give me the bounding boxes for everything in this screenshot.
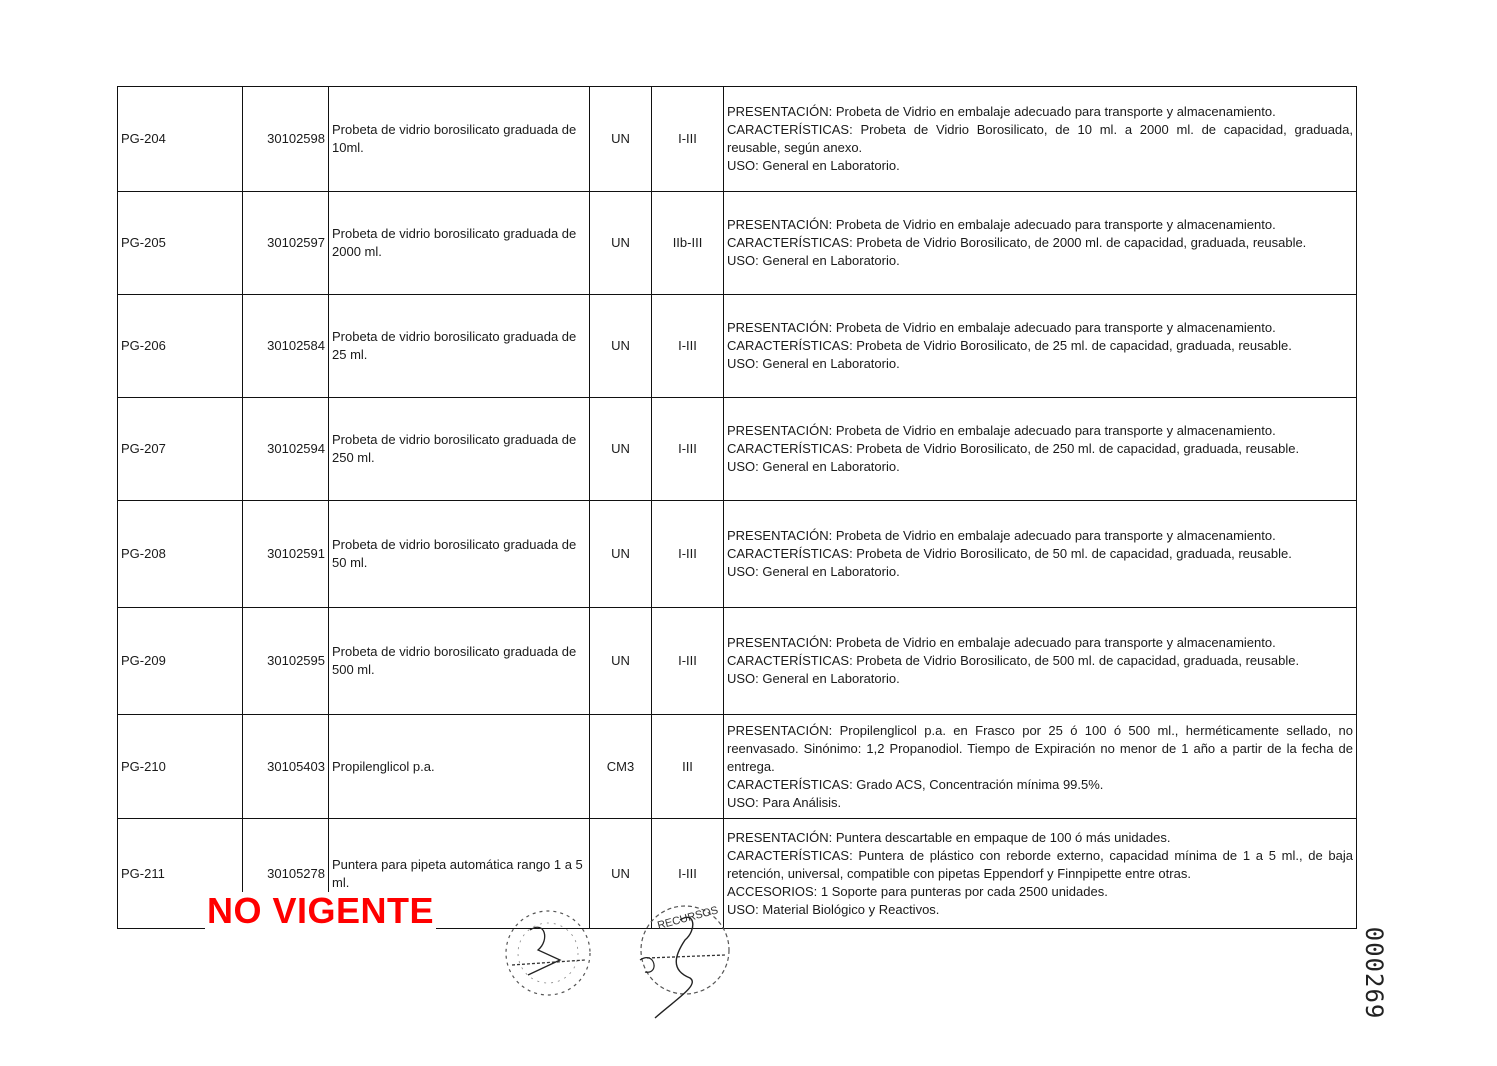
specification-line: USO: General en Laboratorio. bbox=[727, 252, 1353, 270]
specification-line: USO: General en Laboratorio. bbox=[727, 355, 1353, 373]
no-vigente-stamp: NO VIGENTE bbox=[205, 892, 436, 930]
specification-cell: PRESENTACIÓN: Probeta de Vidrio en embal… bbox=[724, 295, 1357, 398]
description-cell: Probeta de vidrio borosilicato graduada … bbox=[329, 398, 590, 501]
level-cell: I-III bbox=[652, 87, 724, 192]
table-row: PG-20830102591Probeta de vidrio borosili… bbox=[118, 501, 1357, 608]
item-number-cell: 30102595 bbox=[243, 608, 329, 715]
code-cell: PG-207 bbox=[118, 398, 243, 501]
specification-line: CARACTERÍSTICAS: Probeta de Vidrio Boros… bbox=[727, 121, 1353, 157]
table-row: PG-20430102598Probeta de vidrio borosili… bbox=[118, 87, 1357, 192]
folio-number: 000269 bbox=[1352, 918, 1396, 1028]
unit-cell: UN bbox=[590, 501, 652, 608]
specification-line: PRESENTACIÓN: Probeta de Vidrio en embal… bbox=[727, 422, 1353, 440]
code-cell: PG-206 bbox=[118, 295, 243, 398]
specification-line: PRESENTACIÓN: Probeta de Vidrio en embal… bbox=[727, 103, 1353, 121]
specification-line: PRESENTACIÓN: Probeta de Vidrio en embal… bbox=[727, 216, 1353, 234]
specification-line: ACCESORIOS: 1 Soporte para punteras por … bbox=[727, 883, 1353, 901]
specification-line: CARACTERÍSTICAS: Probeta de Vidrio Boros… bbox=[727, 234, 1353, 252]
specification-line: CARACTERÍSTICAS: Probeta de Vidrio Boros… bbox=[727, 545, 1353, 563]
description-cell: Propilenglicol p.a. bbox=[329, 715, 590, 819]
specification-line: PRESENTACIÓN: Probeta de Vidrio en embal… bbox=[727, 527, 1353, 545]
official-seal-icon bbox=[500, 905, 600, 1000]
table-row: PG-20730102594Probeta de vidrio borosili… bbox=[118, 398, 1357, 501]
unit-cell: UN bbox=[590, 608, 652, 715]
specification-line: CARACTERÍSTICAS: Probeta de Vidrio Boros… bbox=[727, 337, 1353, 355]
catalog-table: PG-20430102598Probeta de vidrio borosili… bbox=[117, 86, 1357, 929]
folio-number-text: 000269 bbox=[1360, 927, 1388, 1020]
specification-cell: PRESENTACIÓN: Puntera descartable en emp… bbox=[724, 819, 1357, 929]
specification-line: CARACTERÍSTICAS: Probeta de Vidrio Boros… bbox=[727, 440, 1353, 458]
level-cell: IIb-III bbox=[652, 192, 724, 295]
level-cell: III bbox=[652, 715, 724, 819]
specification-line: USO: General en Laboratorio. bbox=[727, 670, 1353, 688]
description-cell: Probeta de vidrio borosilicato graduada … bbox=[329, 295, 590, 398]
description-cell: Probeta de vidrio borosilicato graduada … bbox=[329, 192, 590, 295]
specification-line: USO: Material Biológico y Reactivos. bbox=[727, 901, 1353, 919]
recursos-seal-icon: RECURSOS bbox=[635, 900, 740, 1020]
specification-cell: PRESENTACIÓN: Probeta de Vidrio en embal… bbox=[724, 192, 1357, 295]
specification-cell: PRESENTACIÓN: Probeta de Vidrio en embal… bbox=[724, 87, 1357, 192]
specification-cell: PRESENTACIÓN: Probeta de Vidrio en embal… bbox=[724, 608, 1357, 715]
description-cell: Probeta de vidrio borosilicato graduada … bbox=[329, 608, 590, 715]
description-cell: Probeta de vidrio borosilicato graduada … bbox=[329, 501, 590, 608]
item-number-cell: 30102594 bbox=[243, 398, 329, 501]
specification-cell: PRESENTACIÓN: Probeta de Vidrio en embal… bbox=[724, 398, 1357, 501]
item-number-cell: 30102598 bbox=[243, 87, 329, 192]
svg-text:RECURSOS: RECURSOS bbox=[656, 904, 719, 932]
level-cell: I-III bbox=[652, 501, 724, 608]
description-cell: Probeta de vidrio borosilicato graduada … bbox=[329, 87, 590, 192]
specification-line: CARACTERÍSTICAS: Puntera de plástico con… bbox=[727, 847, 1353, 883]
specification-line: PRESENTACIÓN: Propilenglicol p.a. en Fra… bbox=[727, 722, 1353, 776]
specification-line: USO: General en Laboratorio. bbox=[727, 563, 1353, 581]
specification-line: PRESENTACIÓN: Puntera descartable en emp… bbox=[727, 829, 1353, 847]
specification-line: PRESENTACIÓN: Probeta de Vidrio en embal… bbox=[727, 319, 1353, 337]
specification-cell: PRESENTACIÓN: Probeta de Vidrio en embal… bbox=[724, 501, 1357, 608]
table-row: PG-20530102597Probeta de vidrio borosili… bbox=[118, 192, 1357, 295]
item-number-cell: 30105403 bbox=[243, 715, 329, 819]
table-row: PG-20930102595Probeta de vidrio borosili… bbox=[118, 608, 1357, 715]
code-cell: PG-204 bbox=[118, 87, 243, 192]
item-number-cell: 30102584 bbox=[243, 295, 329, 398]
level-cell: I-III bbox=[652, 398, 724, 501]
level-cell: I-III bbox=[652, 295, 724, 398]
level-cell: I-III bbox=[652, 608, 724, 715]
unit-cell: CM3 bbox=[590, 715, 652, 819]
code-cell: PG-205 bbox=[118, 192, 243, 295]
specification-line: CARACTERÍSTICAS: Probeta de Vidrio Boros… bbox=[727, 652, 1353, 670]
unit-cell: UN bbox=[590, 398, 652, 501]
unit-cell: UN bbox=[590, 192, 652, 295]
specification-line: PRESENTACIÓN: Probeta de Vidrio en embal… bbox=[727, 634, 1353, 652]
code-cell: PG-209 bbox=[118, 608, 243, 715]
item-number-cell: 30102597 bbox=[243, 192, 329, 295]
item-number-cell: 30102591 bbox=[243, 501, 329, 608]
table-row: PG-21030105403Propilenglicol p.a.CM3IIIP… bbox=[118, 715, 1357, 819]
code-cell: PG-210 bbox=[118, 715, 243, 819]
specification-line: USO: General en Laboratorio. bbox=[727, 157, 1353, 175]
specification-line: USO: General en Laboratorio. bbox=[727, 458, 1353, 476]
specification-line: CARACTERÍSTICAS: Grado ACS, Concentració… bbox=[727, 776, 1353, 794]
specification-line: USO: Para Análisis. bbox=[727, 794, 1353, 812]
code-cell: PG-208 bbox=[118, 501, 243, 608]
unit-cell: UN bbox=[590, 87, 652, 192]
specification-cell: PRESENTACIÓN: Propilenglicol p.a. en Fra… bbox=[724, 715, 1357, 819]
unit-cell: UN bbox=[590, 295, 652, 398]
table-row: PG-20630102584Probeta de vidrio borosili… bbox=[118, 295, 1357, 398]
